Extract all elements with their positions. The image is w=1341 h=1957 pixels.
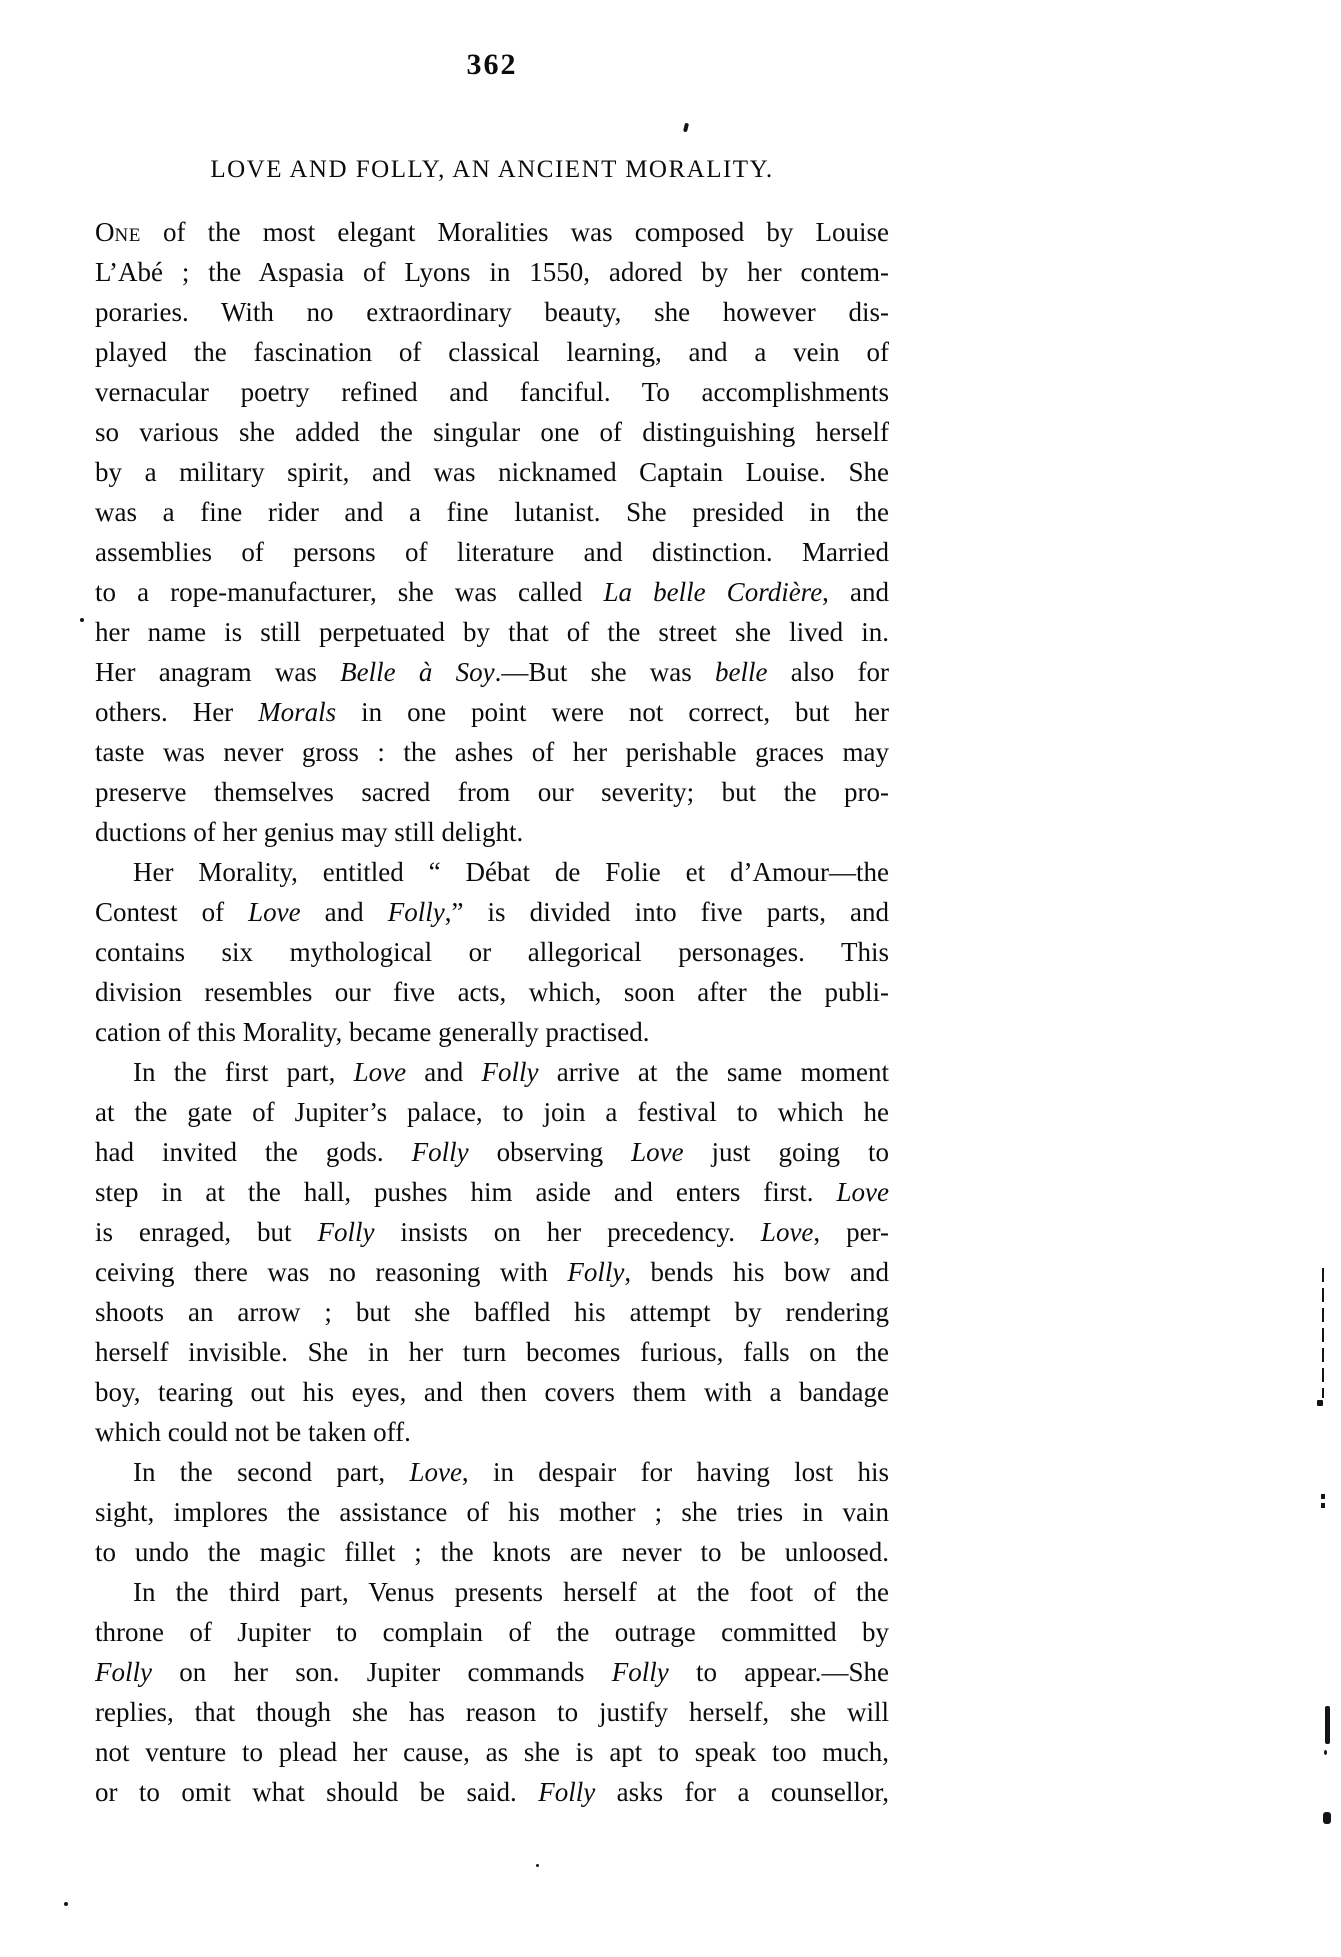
scan-artifact — [1317, 1400, 1323, 1406]
text-run: cation of this Morality, became generall… — [95, 1017, 650, 1047]
scan-artifact — [64, 1902, 68, 1906]
scan-artifact — [1321, 1494, 1325, 1510]
text-run: throne of Jupiter to complain of the out… — [95, 1617, 889, 1647]
text-run: also for — [768, 657, 889, 687]
text-line: by a military spirit, and was nicknamed … — [95, 452, 889, 492]
text-line: vernacular poetry refined and fanciful. … — [95, 372, 889, 412]
text-line: assemblies of persons of literature and … — [95, 532, 889, 572]
text-line: poraries. With no extraordinary beauty, … — [95, 292, 889, 332]
text-run: shoots an arrow ; but she baffled his at… — [95, 1297, 889, 1327]
text-run: In the third part, Venus presents hersel… — [133, 1577, 889, 1607]
text-line: taste was never gross : the ashes of her… — [95, 732, 889, 772]
text-run: herself invisible. She in her turn becom… — [95, 1337, 889, 1367]
text-run: ne — [115, 217, 141, 247]
text-line: cation of this Morality, became generall… — [95, 1012, 889, 1052]
scan-artifact — [1323, 1812, 1331, 1824]
text-run: taste was never gross : the ashes of her… — [95, 737, 889, 767]
text-run: Folly — [482, 1057, 539, 1087]
text-line: division resembles our five acts, which,… — [95, 972, 889, 1012]
text-run: Love — [631, 1137, 683, 1167]
text-run: assemblies of persons of literature and … — [95, 537, 889, 567]
text-line: herself invisible. She in her turn becom… — [95, 1332, 889, 1372]
paragraph: In the third part, Venus presents hersel… — [95, 1572, 889, 1812]
text-run: boy, tearing out his eyes, and then cove… — [95, 1377, 889, 1407]
text-run: which could not be taken off. — [95, 1417, 411, 1447]
text-run: to appear.—She — [669, 1657, 889, 1687]
scan-artifact — [536, 1864, 539, 1867]
text-run: Folly — [538, 1777, 595, 1807]
text-line: replies, that though she has reason to j… — [95, 1692, 889, 1732]
text-run: others. Her — [95, 697, 258, 727]
text-run: , in despair for having lost his — [462, 1457, 889, 1487]
text-line: throne of Jupiter to complain of the out… — [95, 1612, 889, 1652]
paragraph: In the second part, Love, in despair for… — [95, 1452, 889, 1572]
text-run: Folly — [612, 1657, 669, 1687]
text-run: In the second part, — [133, 1457, 409, 1487]
text-run: Her Morality, entitled “ Débat de Folie … — [133, 857, 889, 887]
text-run: ,” is divided into five parts, and — [445, 897, 889, 927]
text-line: ductions of her genius may still delight… — [95, 812, 889, 852]
text-block: One of the most elegant Moralities was c… — [95, 212, 889, 1812]
text-line: which could not be taken off. — [95, 1412, 889, 1452]
text-run: and — [301, 897, 388, 927]
text-line: was a fine rider and a fine lutanist. Sh… — [95, 492, 889, 532]
text-run: at the gate of Jupiter’s palace, to join… — [95, 1097, 889, 1127]
text-run: L’Abé ; the Aspasia of Lyons in 1550, ad… — [95, 257, 889, 287]
text-line: to undo the magic fillet ; the knots are… — [95, 1532, 889, 1572]
text-run: Folly — [412, 1137, 469, 1167]
text-line: contains six mythological or allegorical… — [95, 932, 889, 972]
text-run: division resembles our five acts, which,… — [95, 977, 889, 1007]
text-run: Contest of — [95, 897, 248, 927]
scanned-page: 362 LOVE AND FOLLY, AN ANCIENT MORALITY.… — [0, 0, 1341, 1957]
text-line: or to omit what should be said. Folly as… — [95, 1772, 889, 1812]
text-run: Love — [409, 1457, 461, 1487]
text-run: , per- — [813, 1217, 889, 1247]
paragraph: One of the most elegant Moralities was c… — [95, 212, 889, 852]
text-run: in one point were not correct, but her — [336, 697, 889, 727]
text-run: sight, implores the assistance of his mo… — [95, 1497, 889, 1527]
text-line: is enraged, but Folly insists on her pre… — [95, 1212, 889, 1252]
text-run: Belle à Soy — [340, 657, 494, 687]
text-run: Folly — [388, 897, 445, 927]
text-run: step in at the hall, pushes him aside an… — [95, 1177, 837, 1207]
text-line: ceiving there was no reasoning with Foll… — [95, 1252, 889, 1292]
text-line: In the second part, Love, in despair for… — [95, 1452, 889, 1492]
text-line: boy, tearing out his eyes, and then cove… — [95, 1372, 889, 1412]
text-run: is enraged, but — [95, 1217, 317, 1247]
text-line: so various she added the singular one of… — [95, 412, 889, 452]
text-line: One of the most elegant Moralities was c… — [95, 212, 889, 252]
page-number: 362 — [95, 48, 889, 82]
text-line: sight, implores the assistance of his mo… — [95, 1492, 889, 1532]
text-run: had invited the gods. — [95, 1137, 412, 1167]
text-line: L’Abé ; the Aspasia of Lyons in 1550, ad… — [95, 252, 889, 292]
text-line: Her Morality, entitled “ Débat de Folie … — [95, 852, 889, 892]
scan-artifact — [1322, 1268, 1324, 1398]
text-run: , and — [822, 577, 889, 607]
text-line: to a rope-manufacturer, she was called L… — [95, 572, 889, 612]
text-line: others. Her Morals in one point were not… — [95, 692, 889, 732]
text-run: observing — [469, 1137, 631, 1167]
text-run: O — [95, 217, 115, 247]
text-run: In the first part, — [133, 1057, 354, 1087]
text-run: belle — [715, 657, 767, 687]
text-run: Folly — [317, 1217, 374, 1247]
text-run: La belle Cordière — [604, 577, 823, 607]
text-line: In the third part, Venus presents hersel… — [95, 1572, 889, 1612]
text-run: insists on her precedency. — [374, 1217, 760, 1247]
text-run: .—But she was — [495, 657, 715, 687]
text-run: Her anagram was — [95, 657, 340, 687]
text-run: played the fascination of classical lear… — [95, 337, 889, 367]
text-line: Contest of Love and Folly,” is divided i… — [95, 892, 889, 932]
text-run: to a rope-manufacturer, she was called — [95, 577, 604, 607]
text-line: shoots an arrow ; but she baffled his at… — [95, 1292, 889, 1332]
text-line: Her anagram was Belle à Soy.—But she was… — [95, 652, 889, 692]
text-run: arrive at the same moment — [539, 1057, 890, 1087]
text-run: Love — [837, 1177, 889, 1207]
text-run: replies, that though she has reason to j… — [95, 1697, 889, 1727]
paragraph: Her Morality, entitled “ Débat de Folie … — [95, 852, 889, 1052]
page-title: LOVE AND FOLLY, AN ANCIENT MORALITY. — [95, 156, 889, 184]
text-run: preserve themselves sacred from our seve… — [95, 777, 889, 807]
text-run: ductions of her genius may still delight… — [95, 817, 523, 847]
text-line: In the first part, Love and Folly arrive… — [95, 1052, 889, 1092]
text-line: step in at the hall, pushes him aside an… — [95, 1172, 889, 1212]
text-line: had invited the gods. Folly observing Lo… — [95, 1132, 889, 1172]
text-run: her name is still perpetuated by that of… — [95, 617, 889, 647]
text-line: at the gate of Jupiter’s palace, to join… — [95, 1092, 889, 1132]
text-run: not venture to plead her cause, as she i… — [95, 1737, 889, 1767]
text-run: was a fine rider and a fine lutanist. Sh… — [95, 497, 889, 527]
text-run: Morals — [258, 697, 336, 727]
text-line: Folly on her son. Jupiter commands Folly… — [95, 1652, 889, 1692]
text-run: Folly — [95, 1657, 152, 1687]
text-run: and — [406, 1057, 481, 1087]
scan-artifact — [80, 618, 84, 622]
text-run: on her son. Jupiter commands — [152, 1657, 612, 1687]
text-run: , bends his bow and — [624, 1257, 889, 1287]
text-run: so various she added the singular one of… — [95, 417, 889, 447]
scan-artifact — [683, 123, 689, 133]
text-line: not venture to plead her cause, as she i… — [95, 1732, 889, 1772]
text-run: ceiving there was no reasoning with — [95, 1257, 567, 1287]
text-run: Love — [761, 1217, 813, 1247]
paragraph: In the first part, Love and Folly arrive… — [95, 1052, 889, 1452]
text-run: Love — [248, 897, 300, 927]
text-run: Folly — [567, 1257, 624, 1287]
text-line: her name is still perpetuated by that of… — [95, 612, 889, 652]
text-run: Love — [354, 1057, 406, 1087]
text-run: contains six mythological or allegorical… — [95, 937, 889, 967]
text-run: poraries. With no extraordinary beauty, … — [95, 297, 889, 327]
text-run: asks for a counsellor, — [595, 1777, 889, 1807]
text-run: vernacular poetry refined and fanciful. … — [95, 377, 889, 407]
text-line: played the fascination of classical lear… — [95, 332, 889, 372]
scan-artifact — [1324, 1750, 1327, 1755]
text-line: preserve themselves sacred from our seve… — [95, 772, 889, 812]
scan-artifact — [1325, 1706, 1330, 1744]
text-run: by a military spirit, and was nicknamed … — [95, 457, 889, 487]
text-run: or to omit what should be said. — [95, 1777, 538, 1807]
text-run: just going to — [684, 1137, 889, 1167]
text-run: of the most elegant Moralities was compo… — [141, 217, 889, 247]
text-run: to undo the magic fillet ; the knots are… — [95, 1537, 889, 1567]
